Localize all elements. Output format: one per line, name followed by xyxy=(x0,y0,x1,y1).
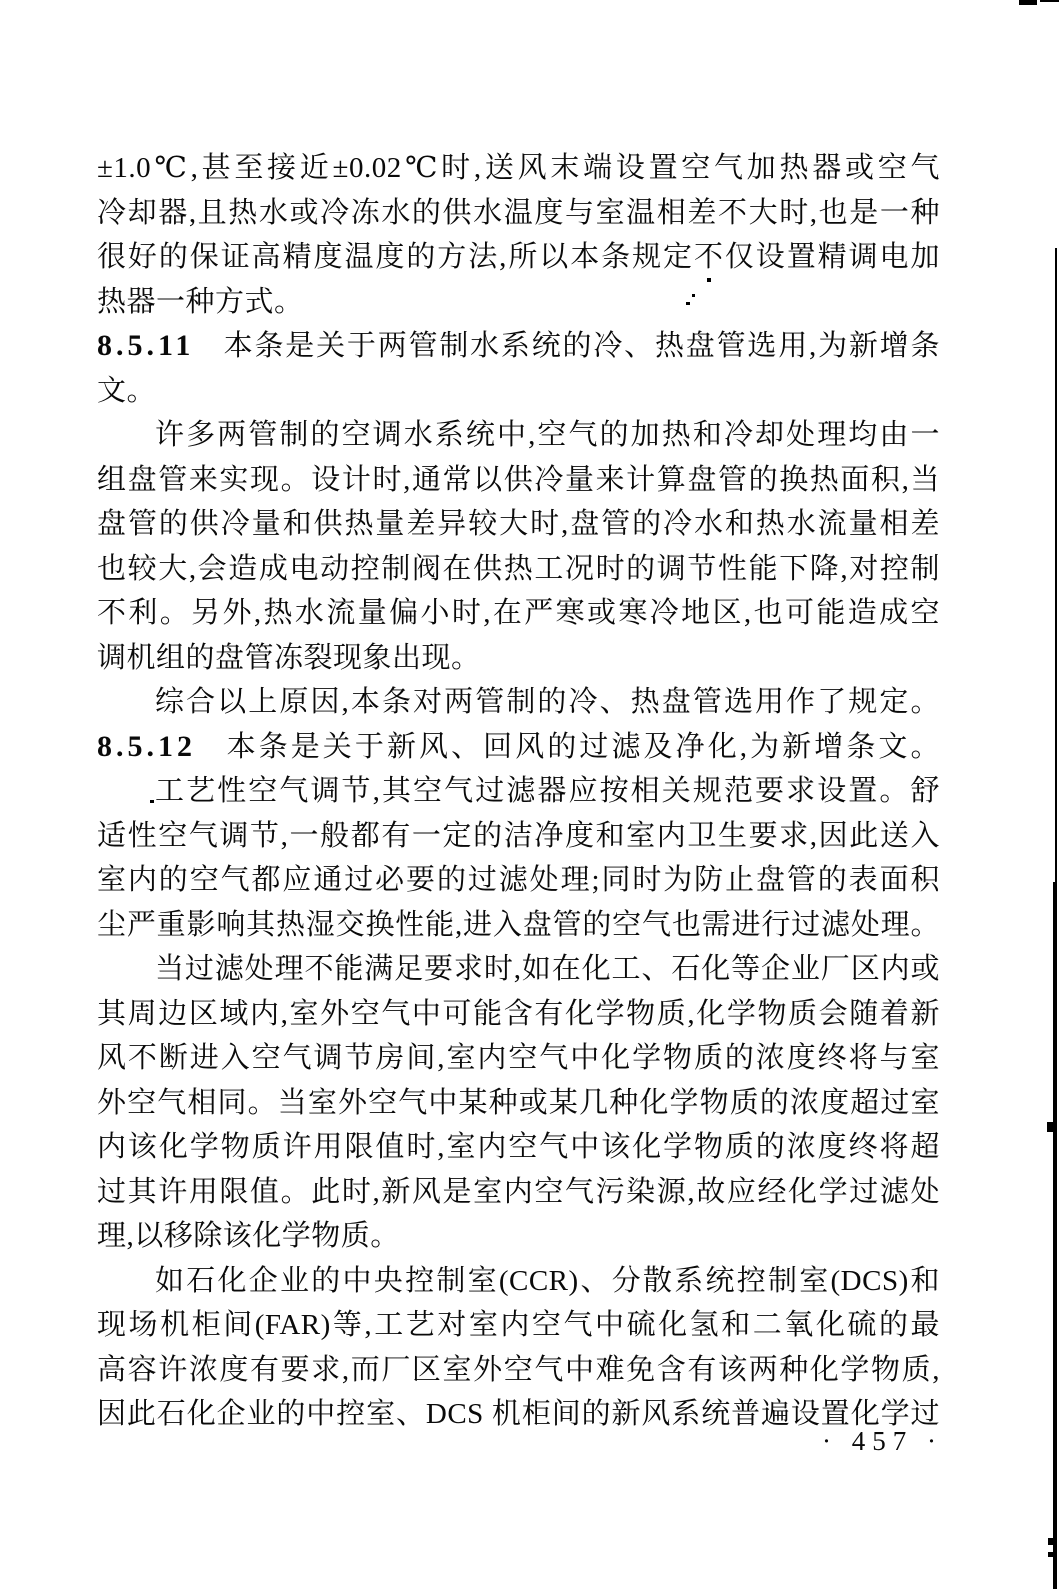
text-line: 综合以上原因,本条对两管制的冷、热盘管选用作了规定。 xyxy=(97,680,940,725)
line-text: 当过滤处理不能满足要求时,如在化工、石化等企业厂区内或 xyxy=(155,953,940,985)
line-text: 冷却器,且热水或冷冻水的供水温度与室温相差不大时,也是一种 xyxy=(97,197,940,229)
clause-number: 8.5.12 xyxy=(97,730,196,763)
line-text: 组盘管来实现。设计时,通常以供冷量来计算盘管的换热面积,当 xyxy=(97,464,940,496)
text-line: 许多两管制的空调水系统中,空气的加热和冷却处理均由一 xyxy=(97,413,940,458)
line-text: 综合以上原因,本条对两管制的冷、热盘管选用作了规定。 xyxy=(155,686,940,718)
scan-artifact-right-edge-thick xyxy=(1053,882,1057,1589)
text-line: 高容许浓度有要求,而厂区室外空气中难免含有该两种化学物质, xyxy=(97,1348,940,1393)
scan-artifact-right-notch-3 xyxy=(1048,1552,1053,1557)
text-line: 内该化学物质许用限值时,室内空气中该化学物质的浓度终将超 xyxy=(97,1125,940,1170)
line-text: 过其许用限值。此时,新风是室内空气污染源,故应经化学过滤处 xyxy=(97,1176,940,1208)
line-text: 也较大,会造成电动控制阀在供热工况时的调节性能下降,对控制 xyxy=(97,553,940,585)
text-line: 热器一种方式。 xyxy=(97,280,940,325)
text-line: 不利。另外,热水流量偏小时,在严寒或寒冷地区,也可能造成空 xyxy=(97,591,940,636)
text-line: 8.5.12本条是关于新风、回风的过滤及净化,为新增条文。 xyxy=(97,725,940,770)
line-text: 外空气相同。当室外空气中某种或某几种化学物质的浓度超过室 xyxy=(97,1087,940,1119)
text-line: 组盘管来实现。设计时,通常以供冷量来计算盘管的换热面积,当 xyxy=(97,458,940,503)
text-line: 风不断进入空气调节房间,室内空气中化学物质的浓度终将与室 xyxy=(97,1036,940,1081)
line-text: 盘管的供冷量和供热量差异较大时,盘管的冷水和热水流量相差 xyxy=(97,508,940,540)
line-text: 因此石化企业的中控室、DCS 机柜间的新风系统普遍设置化学过 xyxy=(97,1398,940,1430)
scan-artifact-speck-2 xyxy=(692,294,695,297)
scan-artifact-top-dash-1 xyxy=(1019,0,1037,5)
line-text: 高容许浓度有要求,而厂区室外空气中难免含有该两种化学物质, xyxy=(97,1354,940,1386)
text-line: 当过滤处理不能满足要求时,如在化工、石化等企业厂区内或 xyxy=(97,947,940,992)
line-text: 不利。另外,热水流量偏小时,在严寒或寒冷地区,也可能造成空 xyxy=(97,597,940,629)
line-text: 理,以移除该化学物质。 xyxy=(97,1220,400,1252)
text-line: 室内的空气都应通过必要的过滤处理;同时为防止盘管的表面积 xyxy=(97,858,940,903)
scan-artifact-top-dash-2 xyxy=(1040,0,1059,2)
text-line: 工艺性空气调节,其空气过滤器应按相关规范要求设置。舒 xyxy=(97,769,940,814)
page-number: · 457 · xyxy=(822,1426,943,1457)
line-text: 许多两管制的空调水系统中,空气的加热和冷却处理均由一 xyxy=(155,419,940,451)
scanned-page: ±1.0℃,甚至接近±0.02℃时,送风末端设置空气加热器或空气冷却器,且热水或… xyxy=(0,0,1059,1589)
line-text: 调机组的盘管冻裂现象出现。 xyxy=(97,642,481,674)
text-line: 文。 xyxy=(97,369,940,414)
scan-artifact-right-edge-thin xyxy=(1055,248,1057,882)
line-text: 内该化学物质许用限值时,室内空气中该化学物质的浓度终将超 xyxy=(97,1131,940,1163)
line-text: 本条是关于新风、回风的过滤及净化,为新增条文。 xyxy=(224,731,940,763)
text-line: 也较大,会造成电动控制阀在供热工况时的调节性能下降,对控制 xyxy=(97,547,940,592)
text-line: 盘管的供冷量和供热量差异较大时,盘管的冷水和热水流量相差 xyxy=(97,502,940,547)
line-text: 现场机柜间(FAR)等,工艺对室内空气中硫化氢和二氧化硫的最 xyxy=(97,1309,940,1341)
text-line: 过其许用限值。此时,新风是室内空气污染源,故应经化学过滤处 xyxy=(97,1170,940,1215)
text-line: 调机组的盘管冻裂现象出现。 xyxy=(97,636,940,681)
clause-number: 8.5.11 xyxy=(97,329,194,362)
text-line: ±1.0℃,甚至接近±0.02℃时,送风末端设置空气加热器或空气 xyxy=(97,146,940,191)
text-line: 外空气相同。当室外空气中某种或某几种化学物质的浓度超过室 xyxy=(97,1081,940,1126)
text-line: 尘严重影响其热湿交换性能,进入盘管的空气也需进行过滤处理。 xyxy=(97,903,940,948)
scan-artifact-right-notch-2 xyxy=(1048,1538,1053,1545)
text-line: 适性空气调节,一般都有一定的洁净度和室内卫生要求,因此送入 xyxy=(97,814,940,859)
line-text: 如石化企业的中央控制室(CCR)、分散系统控制室(DCS)和 xyxy=(155,1265,940,1297)
text-line: 8.5.11本条是关于两管制水系统的冷、热盘管选用,为新增条 xyxy=(97,324,940,369)
line-text: 热器一种方式。 xyxy=(97,286,304,318)
text-line: 如石化企业的中央控制室(CCR)、分散系统控制室(DCS)和 xyxy=(97,1259,940,1304)
text-line: 冷却器,且热水或冷冻水的供水温度与室温相差不大时,也是一种 xyxy=(97,191,940,236)
text-line: 现场机柜间(FAR)等,工艺对室内空气中硫化氢和二氧化硫的最 xyxy=(97,1303,940,1348)
text-line: 理,以移除该化学物质。 xyxy=(97,1214,940,1259)
text-line: 其周边区域内,室外空气中可能含有化学物质,化学物质会随着新 xyxy=(97,992,940,1037)
line-text: 很好的保证高精度温度的方法,所以本条规定不仅设置精调电加 xyxy=(97,241,940,273)
line-text: 本条是关于两管制水系统的冷、热盘管选用,为新增条 xyxy=(222,330,940,362)
line-text: 工艺性空气调节,其空气过滤器应按相关规范要求设置。舒 xyxy=(155,775,940,807)
line-text: 文。 xyxy=(97,375,156,407)
text-line: 因此石化企业的中控室、DCS 机柜间的新风系统普遍设置化学过 xyxy=(97,1392,940,1437)
body-text: ±1.0℃,甚至接近±0.02℃时,送风末端设置空气加热器或空气冷却器,且热水或… xyxy=(97,146,940,1437)
scan-artifact-right-notch-1 xyxy=(1047,1122,1053,1132)
scan-artifact-speck-4 xyxy=(150,800,154,803)
scan-artifact-speck-3 xyxy=(686,302,690,305)
text-line: 很好的保证高精度温度的方法,所以本条规定不仅设置精调电加 xyxy=(97,235,940,280)
line-text: ±1.0℃,甚至接近±0.02℃时,送风末端设置空气加热器或空气 xyxy=(97,152,940,184)
line-text: 风不断进入空气调节房间,室内空气中化学物质的浓度终将与室 xyxy=(97,1042,940,1074)
line-text: 室内的空气都应通过必要的过滤处理;同时为防止盘管的表面积 xyxy=(97,864,940,896)
scan-artifact-speck-1 xyxy=(707,278,711,282)
line-text: 尘严重影响其热湿交换性能,进入盘管的空气也需进行过滤处理。 xyxy=(97,909,940,941)
line-text: 其周边区域内,室外空气中可能含有化学物质,化学物质会随着新 xyxy=(97,998,940,1030)
line-text: 适性空气调节,一般都有一定的洁净度和室内卫生要求,因此送入 xyxy=(97,820,940,852)
